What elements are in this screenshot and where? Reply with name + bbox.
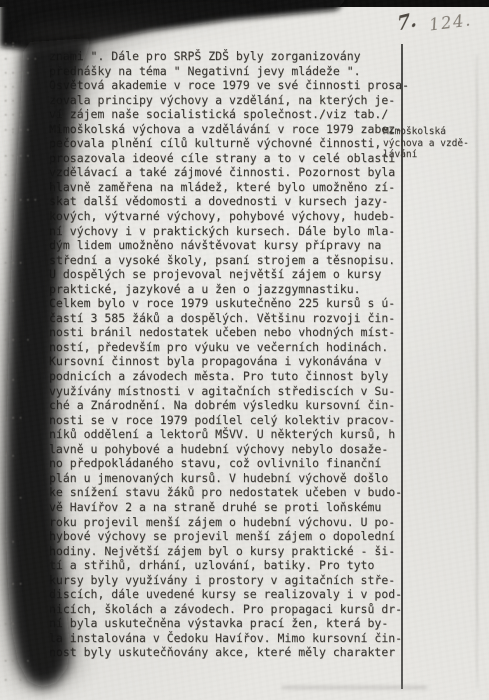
typewritten-line: discích, dále uvedené kursy se realizova… [49, 587, 409, 602]
typewritten-line: podnicích a závodech města. Pro tuto čin… [49, 369, 409, 384]
typewritten-line: ví zájem naše socialistická společnost./… [49, 107, 409, 122]
typewritten-text-block: znami ". Dále pro SRPŠ ZDŠ byly zorganiz… [49, 49, 409, 660]
typewritten-line: roku projevil menší zájem o hudební vých… [49, 515, 409, 530]
typewritten-line: ní byla uskutečněna výstavka prací žen, … [49, 616, 409, 631]
scan-edge-top-left-wedge [0, 0, 350, 50]
bleedthrough-mark: ····· [3, 196, 40, 206]
typewritten-line: lavně u pohybové a hudební výchovy nebyl… [49, 442, 409, 457]
margin-note-line: lávání [383, 149, 483, 161]
typewritten-line: častí 3 585 žáků a dospělých. Většinu ro… [49, 311, 409, 326]
typewritten-line: ke snížení stavu žáků pro nedostatek uče… [49, 485, 409, 500]
bleedthrough-mark: · · [3, 494, 25, 504]
typewritten-line: znami ". Dále pro SRPŠ ZDŠ byly zorganiz… [49, 49, 409, 64]
scan-smear-bottom [282, 686, 427, 689]
bleedthrough-mark: ·· [3, 376, 18, 386]
typewritten-line: níků oddělení a lektorů MŠVV. U některýc… [49, 427, 409, 442]
typewritten-line: využívány místnosti v agitačních středis… [49, 384, 409, 399]
scanned-document-page: znami ". Dále pro SRPŠ ZDŠ byly zorganiz… [0, 0, 489, 700]
margin-note-line: výchova a vzdě- [383, 138, 483, 150]
typewritten-line: přednášky na téma " Negativní jevy mláde… [49, 64, 409, 79]
handwritten-page-number: 7. 124. [397, 11, 472, 33]
bleedthrough-mark: ·· [3, 620, 18, 630]
typewritten-line: la instalována v Čedoku Havířov. Mimo ku… [49, 631, 409, 646]
typewritten-line: Mimoškolská výchova a vzdělávání v roce … [49, 122, 409, 137]
typewritten-line: nosti se v roce 1979 podílel celý kolekt… [49, 413, 409, 428]
typewritten-line: praktické, jazykové a u žen o jazzgymnas… [49, 282, 409, 297]
typewritten-line: nicích, školách a závodech. Pro propagac… [49, 602, 409, 617]
typewritten-line: Osvětová akademie v roce 1979 ve své čin… [49, 78, 409, 93]
bleedthrough-mark: ··· [3, 259, 25, 269]
typewritten-line: dým lidem umožněno návštěvovat kursy pří… [49, 238, 409, 253]
typewritten-line: tí a střihů, drhání, uzlování, batiky. P… [49, 558, 409, 573]
bleedthrough-mark: ·:·· [3, 126, 33, 136]
typewritten-line: prosazovala ideové cíle strany a to v ce… [49, 151, 409, 166]
bleedthrough-mark: ··· [3, 580, 25, 590]
typewritten-line: střední a vysoké školy, psaní strojem a … [49, 253, 409, 268]
bleedthrough-mark: ·· [3, 97, 18, 107]
typewritten-line: U dospělých se projevoval největší zájem… [49, 267, 409, 282]
typewritten-line: ché a Znárodnění. Na dobrém výsledku kur… [49, 398, 409, 413]
margin-note: Mimoškolskávýchova a vzdě-lávání [383, 126, 483, 161]
typewritten-line: hodiny. Největší zájem byl o kursy prakt… [49, 544, 409, 559]
typewritten-line: vzdělávací a také zájmové činnosti. Pozo… [49, 165, 409, 180]
handwritten-number-prefix: 7. [397, 8, 418, 35]
typewritten-line: Kursovní činnost byla propagována i vyko… [49, 354, 409, 369]
typewritten-line: ní výchovy i v praktických kursech. Dále… [49, 224, 409, 239]
typewritten-line: zovala principy výchovy a vzdělání, na k… [49, 93, 409, 108]
bleedthrough-mark: ·· · [3, 657, 33, 667]
bleedthrough-mark: ··· [3, 83, 25, 93]
bleedthrough-mark: ··· [3, 111, 25, 121]
typewritten-line: nost byly uskutečňovány akce, které měly… [49, 645, 409, 660]
handwritten-number: 124. [428, 10, 473, 34]
typewritten-line: pečovala plnění cílů kulturně výchovné č… [49, 136, 409, 151]
bleedthrough-mark: ·· [3, 297, 18, 307]
scan-edge-top [0, 0, 489, 7]
typewritten-line: kursy byly využívány i prostory v agitač… [49, 573, 409, 588]
typewritten-line: hlavně zaměřena na mládež, které bylo um… [49, 180, 409, 195]
typewritten-line: vě Havířov 2 a na straně druhé se proti … [49, 500, 409, 515]
bleedthrough-mark: ·· [3, 538, 18, 548]
bleedthrough-mark: ·· [3, 171, 18, 181]
margin-note-line: Mimoškolská [383, 126, 483, 138]
bleedthrough-mark: · ··· [3, 55, 40, 65]
bleedthrough-mark: ···· [3, 69, 33, 79]
bleedthrough-mark: ·· [3, 452, 18, 462]
typewritten-line: nosti bránil nedostatek učeben nebo vhod… [49, 325, 409, 340]
bleedthrough-mark: ·· · [3, 336, 33, 346]
typewritten-line: kových, výtvarné výchovy, pohybové výcho… [49, 209, 409, 224]
typewritten-line: ností, především pro výuku ve večerních … [49, 340, 409, 355]
bleedthrough-mark: ·: [3, 40, 18, 50]
bleedthrough-mark: ··· [3, 414, 25, 424]
typewritten-line: no předpokládaného stavu, což ovlivnilo … [49, 456, 409, 471]
typewritten-line: hybové výchovy se projevil menší zájem o… [49, 529, 409, 544]
bleedthrough-mark: ···· [3, 152, 33, 162]
bleedthrough-mark: · · [3, 676, 25, 686]
typewritten-line: plán u jmenovaných kursů. V hudební vých… [49, 471, 409, 486]
typewritten-line: skat další vědomosti a dovednosti v kurs… [49, 194, 409, 209]
typewritten-line: Celkem bylo v roce 1979 uskutečněno 225 … [49, 296, 409, 311]
bleedthrough-marks: ·:· ················:···················… [3, 0, 49, 700]
bleedthrough-mark: ·· [3, 226, 18, 236]
